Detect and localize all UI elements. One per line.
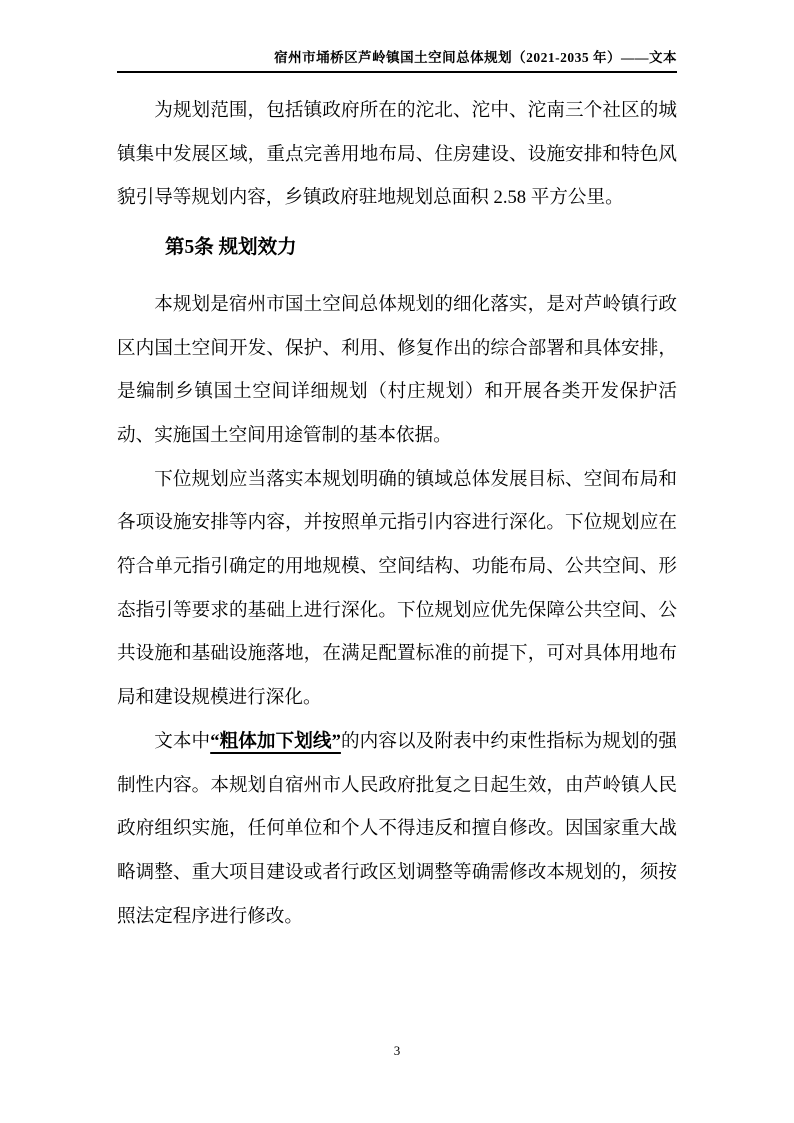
paragraph-planning-scope: 为规划范围，包括镇政府所在的沱北、沱中、沱南三个社区的城镇集中发展区域，重点完善…: [117, 89, 677, 220]
mandatory-prefix-text: 文本中: [154, 731, 210, 752]
mandatory-suffix-text: 的内容以及附表中约束性指标为规划的强制性内容。本规划自宿州市人民政府批复之日起生…: [117, 731, 677, 927]
document-page: 宿州市埇桥区芦岭镇国土空间总体规划（2021-2035 年）——文本 为规划范围…: [0, 0, 794, 1123]
header-title: 宿州市埇桥区芦岭镇国土空间总体规划（2021-2035 年）——文本: [274, 50, 677, 65]
document-body: 为规划范围，包括镇政府所在的沱北、沱中、沱南三个社区的城镇集中发展区域，重点完善…: [117, 89, 677, 938]
paragraph-mandatory-content: 文本中“粗体加下划线”的内容以及附表中约束性指标为规划的强制性内容。本规划自宿州…: [117, 720, 677, 939]
paragraph-lower-level-plans: 下位规划应当落实本规划明确的镇域总体发展目标、空间布局和各项设施安排等内容，并按…: [117, 458, 677, 720]
paragraph-plan-effect: 本规划是宿州市国土空间总体规划的细化落实，是对芦岭镇行政区内国土空间开发、保护、…: [117, 283, 677, 458]
article-heading: 第5条 规划效力: [165, 226, 677, 270]
page-number: 3: [0, 1043, 794, 1059]
page-header: 宿州市埇桥区芦岭镇国土空间总体规划（2021-2035 年）——文本: [117, 46, 677, 73]
emphasized-term: “粗体加下划线”: [210, 731, 341, 752]
